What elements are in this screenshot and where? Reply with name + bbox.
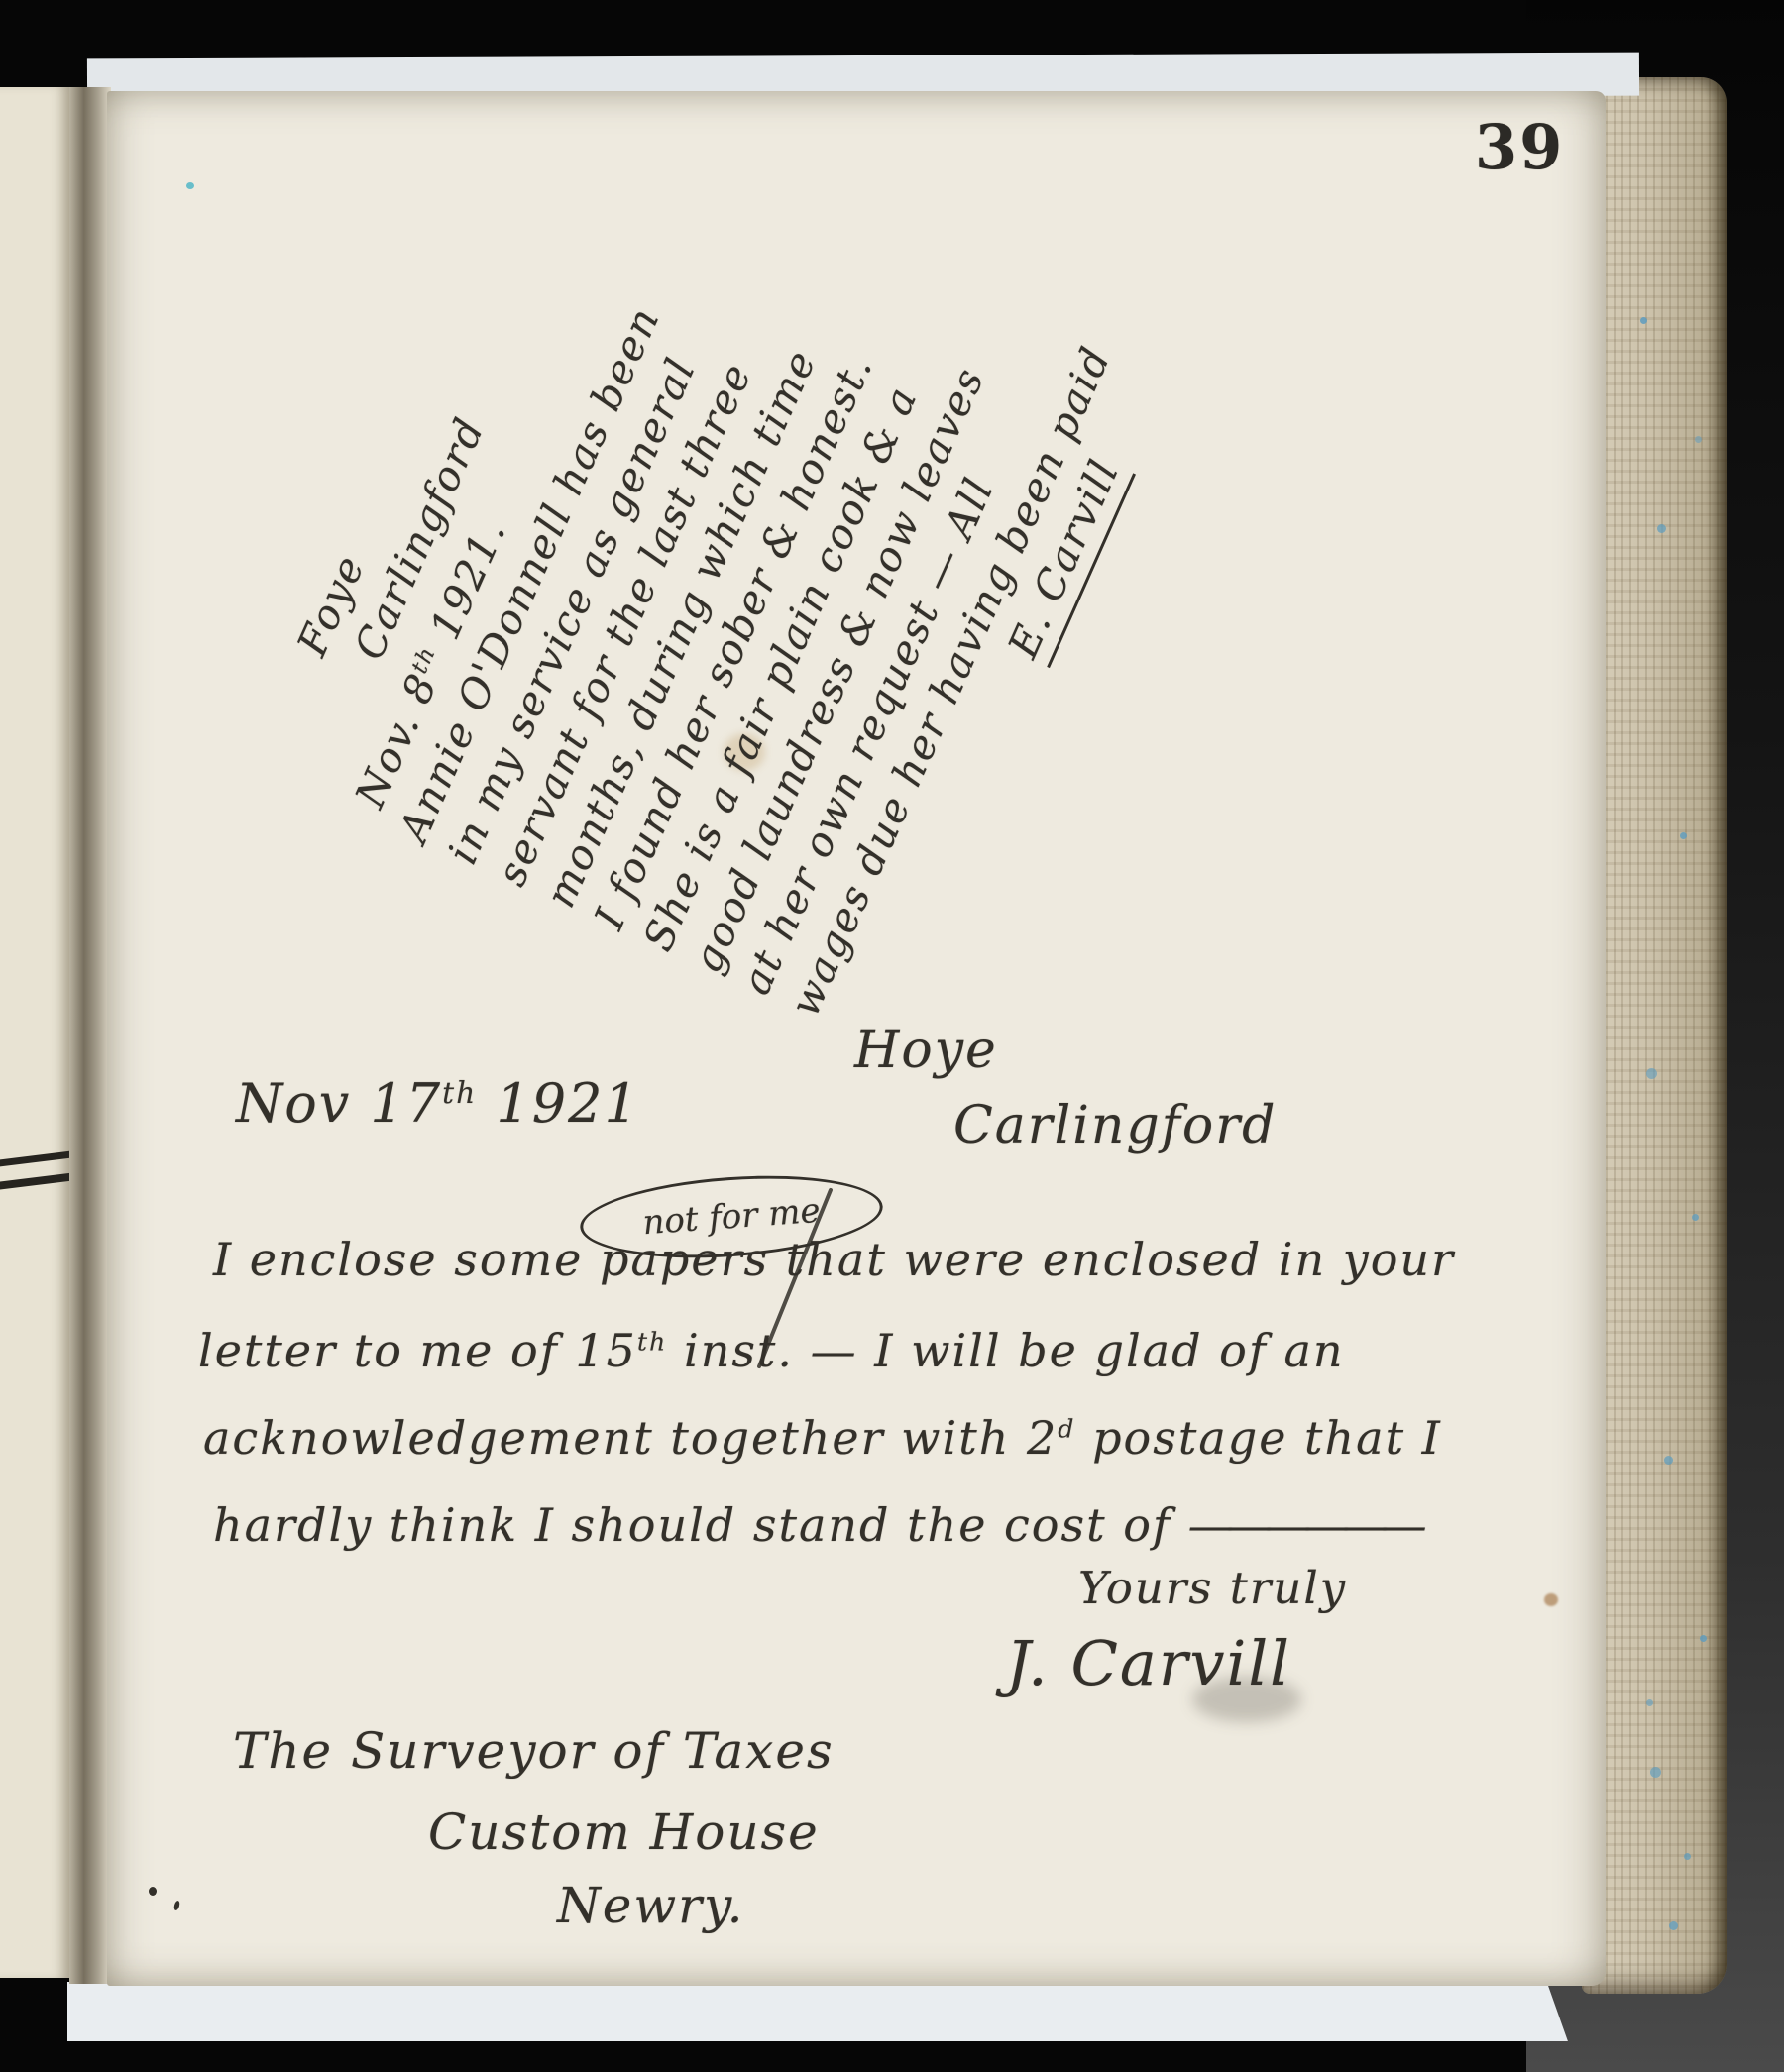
letter-text: that were enclosed in your: [769, 1233, 1455, 1286]
ordinal: th: [637, 1328, 667, 1357]
letter-place-line: Carlingford: [953, 1096, 1277, 1155]
letter-date: Nov 17th 1921: [236, 1072, 640, 1135]
page-number: 39: [1475, 111, 1564, 183]
recipient-address-line: Newry.: [557, 1877, 745, 1934]
previous-page-sliver: [0, 87, 71, 1978]
letter-text: I enclose some: [213, 1233, 600, 1286]
book-gutter: [69, 87, 111, 1984]
letter-text: hardly think I should stand the cost of: [213, 1498, 1188, 1552]
letter-text: acknowledgement together with 2: [203, 1411, 1058, 1465]
letter-text: inst. — I will be glad of an: [667, 1324, 1344, 1377]
letter-text: letter to me of 15: [198, 1324, 637, 1377]
pen-dash-rule: ——————: [1188, 1498, 1420, 1552]
recipient-address-line: Custom House: [428, 1803, 820, 1861]
letter-place-line: Hoye: [854, 1021, 998, 1080]
paper-stain: [1544, 1593, 1558, 1606]
ordinal: d: [1058, 1415, 1075, 1444]
letter-line: acknowledgement together with 2d postage…: [203, 1411, 1442, 1465]
letter-line: hardly think I should stand the cost of …: [213, 1498, 1420, 1552]
letter-date-ordinal: th: [442, 1076, 477, 1111]
letter-closing: Yours truly: [1078, 1562, 1347, 1614]
struck-word: papers: [600, 1233, 769, 1286]
letter-text: postage that I: [1075, 1411, 1441, 1465]
blue-speckles: [1640, 317, 1647, 324]
ink-dot: [149, 1887, 157, 1896]
under-sheet-bottom: [67, 1982, 1574, 2041]
letterbook-photo: 39 Foye Carlingford Nov. 8th 1921. Annie…: [0, 0, 1784, 2072]
paper-stain: [186, 182, 194, 189]
letter-signature: J. Carvill: [1006, 1627, 1291, 1699]
recipient-address-line: The Surveyor of Taxes: [233, 1722, 835, 1780]
letter-date-text: Nov 17: [236, 1072, 442, 1135]
letter-date-year: 1921: [477, 1072, 640, 1135]
letter-line: letter to me of 15th inst. — I will be g…: [198, 1324, 1345, 1377]
letter-line: I enclose some papers that were enclosed…: [213, 1233, 1455, 1286]
